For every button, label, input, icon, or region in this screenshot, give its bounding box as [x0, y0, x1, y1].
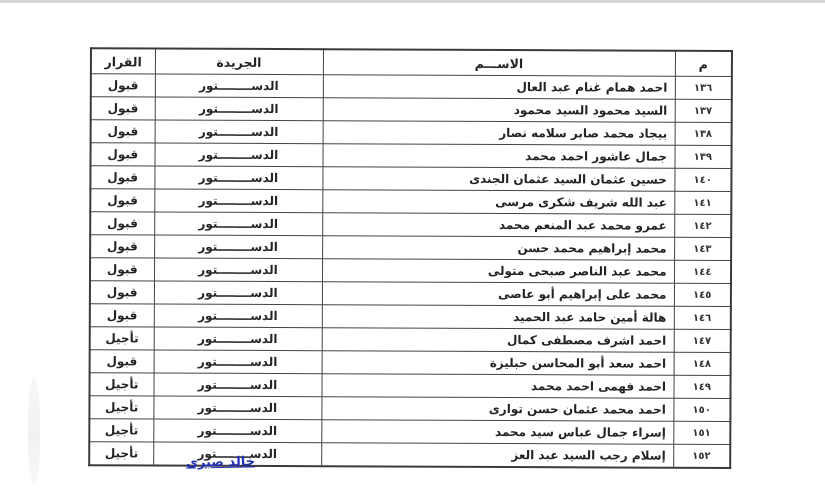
- cell-num: ١٣٦: [675, 76, 732, 99]
- cell-name: احمد محمد عثمان حسن توارى: [321, 397, 673, 422]
- cell-paper: الدســــــــتور: [154, 189, 322, 213]
- cell-decision: قبول: [90, 258, 154, 281]
- cell-decision: قبول: [91, 97, 155, 120]
- cell-name: عبد الله شريف شكرى مرسى: [322, 190, 674, 215]
- cell-paper: الدســــــــتور: [154, 304, 322, 328]
- cell-name: محمد إبراهيم محمد حسن: [322, 236, 674, 261]
- cell-num: ١٤٩: [673, 375, 730, 398]
- table-row: ١٣٦احمد همام غنام عبد العالالدســــــــت…: [91, 74, 732, 100]
- table-row: ١٤٩احمد فهمى احمد محمدالدســــــــتورتأج…: [89, 373, 730, 399]
- cell-name: احمد سعد أبو المحاسن حبليزة: [322, 351, 674, 376]
- table-body: ١٣٦احمد همام غنام عبد العالالدســــــــت…: [89, 74, 732, 468]
- table-row: ١٣٨بيجاد محمد صابر سلامه نصارالدســـــــ…: [91, 120, 732, 146]
- column-header-num: م: [675, 51, 732, 77]
- table-row: ١٤٦هالة أمين حامد عبد الحميدالدســــــــ…: [90, 304, 731, 330]
- cell-decision: تأجيل: [90, 327, 154, 350]
- cell-paper: الدســــــــتور: [154, 166, 322, 190]
- table-header-row: م الاســـم الجريدة القرار: [91, 48, 732, 76]
- cell-num: ١٤٨: [674, 352, 731, 375]
- cell-num: ١٥١: [673, 421, 730, 444]
- cell-decision: قبول: [90, 304, 154, 327]
- scan-edge-band: [0, 0, 825, 3]
- cell-num: ١٤٧: [674, 329, 731, 352]
- table-row: ١٣٩جمال عاشور احمد محمدالدســــــــتورقب…: [90, 143, 731, 169]
- cell-name: بيجاد محمد صابر سلامه نصار: [323, 121, 675, 146]
- cell-paper: الدســــــــتور: [155, 97, 323, 121]
- cell-decision: قبول: [90, 189, 154, 212]
- table-row: ١٤٨احمد سعد أبو المحاسن حبليزةالدســــــ…: [90, 350, 731, 376]
- cell-paper: الدســــــــتور: [154, 258, 322, 282]
- table-row: ١٤٧احمد اشرف مصطفى كمالالدســــــــتورتأ…: [90, 327, 731, 353]
- table-row: ١٤٠حسين عثمان السيد عثمان الجندىالدســــ…: [90, 166, 731, 192]
- cell-num: ١٤٣: [674, 237, 731, 260]
- cell-decision: قبول: [90, 166, 154, 189]
- table-row: ١٥٠احمد محمد عثمان حسن توارىالدســــــــ…: [89, 396, 730, 422]
- cell-num: ١٤٠: [674, 168, 731, 191]
- cell-name: السيد محمود السيد محمود: [323, 98, 675, 123]
- cell-paper: الدســــــــتور: [153, 419, 321, 443]
- table-row: ١٤٤محمد عبد الناصر صبحى متولىالدســـــــ…: [90, 258, 731, 284]
- cell-paper: الدســــــــتور: [154, 350, 322, 374]
- cell-paper: الدســــــــتور: [154, 281, 322, 305]
- signature-text: خالد صبرى: [186, 454, 255, 470]
- cell-num: ١٣٩: [674, 145, 731, 168]
- cell-num: ١٣٨: [675, 122, 732, 145]
- cell-decision: قبول: [90, 235, 154, 258]
- cell-num: ١٤٤: [674, 260, 731, 283]
- cell-name: هالة أمين حامد عبد الحميد: [322, 305, 674, 330]
- cell-num: ١٤٥: [674, 283, 731, 306]
- cell-decision: قبول: [90, 212, 154, 235]
- cell-paper: الدســــــــتور: [155, 74, 323, 98]
- cell-num: ١٥٢: [673, 444, 730, 468]
- cell-paper: الدســــــــتور: [154, 235, 322, 259]
- cell-decision: تأجيل: [89, 396, 153, 419]
- cell-decision: قبول: [90, 143, 154, 166]
- cell-name: محمد على إبراهيم أبو عاصى: [322, 282, 674, 307]
- cell-num: ١٤٢: [674, 214, 731, 237]
- results-table: م الاســـم الجريدة القرار ١٣٦احمد همام غ…: [88, 47, 733, 469]
- cell-decision: قبول: [90, 350, 154, 373]
- scan-smudge-artifact: [28, 378, 40, 486]
- column-header-paper: الجريدة: [155, 48, 323, 74]
- cell-num: ١٣٧: [675, 99, 732, 122]
- cell-name: احمد همام غنام عبد العال: [323, 75, 675, 100]
- cell-name: عمرو محمد عبد المنعم محمد: [322, 213, 674, 238]
- cell-paper: الدســــــــتور: [154, 212, 322, 236]
- cell-num: ١٤٦: [674, 306, 731, 329]
- cell-decision: تأجيل: [89, 419, 153, 442]
- cell-paper: الدســــــــتور: [154, 143, 322, 167]
- table-row: ١٤١عبد الله شريف شكرى مرسىالدســــــــتو…: [90, 189, 731, 215]
- cell-paper: الدســــــــتور: [154, 327, 322, 351]
- table-row: ١٥١إسراء جمال عباس سيد محمدالدســــــــت…: [89, 419, 730, 445]
- table-row: ١٤٥محمد على إبراهيم أبو عاصىالدســــــــ…: [90, 281, 731, 307]
- cell-paper: الدســــــــتور: [153, 396, 321, 420]
- cell-name: احمد اشرف مصطفى كمال: [322, 328, 674, 353]
- cell-name: إسلام رجب السيد عبد العز: [321, 443, 673, 468]
- cell-decision: تأجيل: [89, 442, 153, 466]
- cell-paper: الدســــــــتور: [155, 120, 323, 144]
- table-row: ١٤٢عمرو محمد عبد المنعم محمدالدســــــــ…: [90, 212, 731, 238]
- cell-name: حسين عثمان السيد عثمان الجندى: [322, 167, 674, 192]
- cell-name: إسراء جمال عباس سيد محمد: [321, 420, 673, 445]
- cell-decision: تأجيل: [89, 373, 153, 396]
- cell-paper: الدســــــــتور: [153, 373, 321, 397]
- cell-decision: قبول: [91, 120, 155, 143]
- cell-num: ١٥٠: [673, 398, 730, 421]
- results-table-wrap: م الاســـم الجريدة القرار ١٣٦احمد همام غ…: [88, 47, 733, 469]
- cell-name: احمد فهمى احمد محمد: [321, 374, 673, 399]
- table-row: ١٤٣محمد إبراهيم محمد حسنالدســــــــتورق…: [90, 235, 731, 261]
- cell-num: ١٤١: [674, 191, 731, 214]
- cell-decision: قبول: [91, 74, 155, 97]
- cell-name: محمد عبد الناصر صبحى متولى: [322, 259, 674, 284]
- column-header-name: الاســـم: [323, 49, 675, 76]
- cell-name: جمال عاشور احمد محمد: [322, 144, 674, 169]
- column-header-decision: القرار: [91, 48, 155, 74]
- scanned-page: م الاســـم الجريدة القرار ١٣٦احمد همام غ…: [0, 0, 825, 500]
- table-row: ١٣٧السيد محمود السيد محمودالدســــــــتو…: [91, 97, 732, 123]
- cell-decision: قبول: [90, 281, 154, 304]
